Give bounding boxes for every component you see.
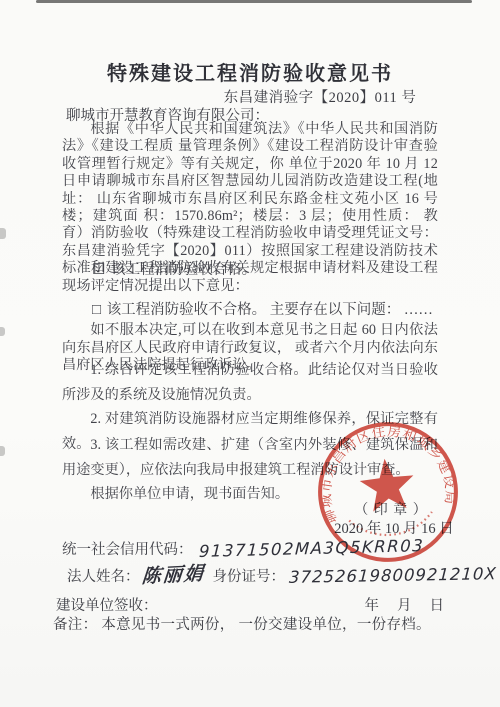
seal-serial-arc xyxy=(349,512,434,539)
sign-date-blanks: 年 月 日 xyxy=(365,594,445,615)
credit-code-label: 统一社会信用代码： xyxy=(62,542,193,558)
option-pass: ☑ 该工程消防验收合格。 xyxy=(92,258,256,279)
credit-code-row: 统一社会信用代码：91371502MA3Q5KRR03 xyxy=(62,538,424,559)
scan-artifact-top-edge xyxy=(36,0,472,3)
remark-line: 备注： 本意见书一式两份， 一份交建设单位，一份存档。 xyxy=(53,613,431,634)
sign-label: 建设单位签收： xyxy=(56,594,158,615)
scan-smudge xyxy=(0,446,5,456)
scan-smudge xyxy=(0,327,5,336)
id-number-label: 身份证号： xyxy=(213,569,286,585)
option-pass-text: 该工程消防验收合格。 xyxy=(111,262,256,278)
month-blank-label: 月 xyxy=(397,594,412,615)
credit-code-handwritten: 91371502MA3Q5KRR03 xyxy=(198,536,424,561)
document-title: 特殊建设工程消防验收意见书 xyxy=(0,57,500,86)
seal-star-icon xyxy=(358,456,417,513)
scan-smudge xyxy=(0,228,6,239)
day-blank-label: 日 xyxy=(430,594,445,615)
document-page: 特殊建设工程消防验收意见书 东昌建消验字【2020】011 号 聊城市开慧教育咨… xyxy=(0,0,500,707)
unchecked-checkbox-icon: □ xyxy=(92,302,101,319)
legal-name-label: 法人姓名： xyxy=(67,569,140,585)
sign-off-row: 建设单位签收： 年 月 日 xyxy=(56,594,444,615)
checked-checkbox-icon: ☑ xyxy=(92,260,105,279)
legal-person-row: 法人姓名：陈丽娟身份证号：37252619800921210X xyxy=(67,560,497,587)
id-number-handwritten: 37252619800921210X xyxy=(289,564,498,587)
item-1-paragraph: 1. 综合评定该工程消防验收合格。此结论仅对当日验收所涉及的系统及设施情况负责。 xyxy=(62,358,438,408)
year-blank-label: 年 xyxy=(365,594,380,615)
option-fail-text: 该工程消防验收不合格。 主要存在以下问题： …… xyxy=(107,302,433,318)
option-fail: □ 该工程消防验收不合格。 主要存在以下问题： …… xyxy=(92,298,433,319)
legal-name-handwritten: 陈丽娟 xyxy=(140,558,205,588)
